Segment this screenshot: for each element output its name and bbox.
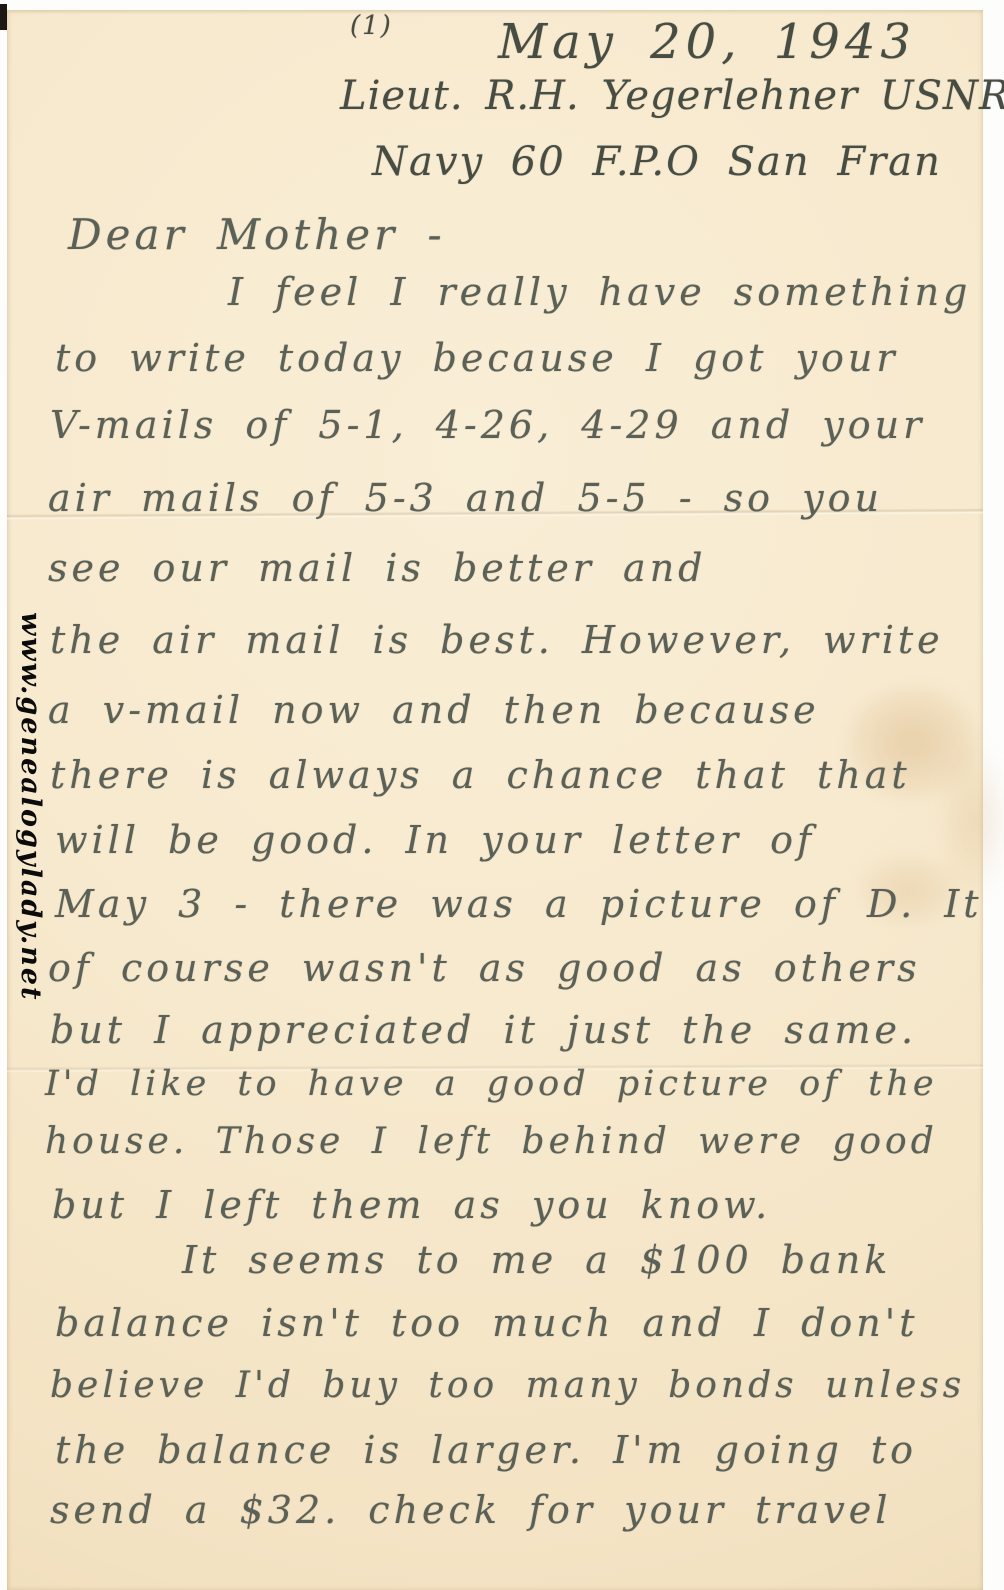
- letter-line: air mails of 5-3 and 5-5 - so you: [48, 478, 883, 520]
- letter-line: see our mail is better and: [48, 548, 707, 590]
- letter-line: send a $32. check for your travel: [50, 1490, 891, 1532]
- watermark-text: www.genealogylady.net: [15, 612, 46, 1002]
- letter-line: there is always a chance that that: [50, 755, 911, 797]
- letter-line: will be good. In your letter of: [55, 820, 815, 862]
- salutation: Dear Mother -: [68, 212, 446, 258]
- letter-line: but I appreciated it just the same.: [50, 1010, 917, 1052]
- letter-line: V-mails of 5-1, 4-26, 4-29 and your: [50, 405, 925, 447]
- letter-line: to write today because I got your: [55, 338, 899, 380]
- letter-line: of course wasn't as good as others: [48, 948, 921, 990]
- sender-line: Lieut. R.H. Yegerlehner USNR: [340, 74, 1004, 118]
- letter-line: balance isn't too much and I don't: [55, 1303, 919, 1345]
- address-line: Navy 60 F.P.O San Fran: [372, 140, 942, 184]
- letter-line: I'd like to have a good picture of the: [45, 1065, 938, 1104]
- letter-scan: (1) May 20, 1943 Lieut. R.H. Yegerlehner…: [0, 0, 1004, 1590]
- letter-line: May 3 - there was a picture of D. It: [55, 884, 983, 926]
- letter-line: the balance is larger. I'm going to: [55, 1430, 917, 1472]
- page-number: (1): [350, 12, 393, 41]
- letter-line: It seems to me a $100 bank: [182, 1240, 891, 1282]
- letter-line: believe I'd buy too many bonds unless: [50, 1366, 965, 1406]
- date-line: May 20, 1943: [498, 16, 916, 69]
- letter-line: I feel I really have something: [228, 272, 971, 314]
- scanner-edge-mark: [0, 4, 7, 30]
- letter-line: a v-mail now and then because: [48, 690, 820, 732]
- letter-line: but I left them as you know.: [52, 1185, 771, 1227]
- letter-line: house. Those I left behind were good: [45, 1122, 938, 1162]
- letter-line: the air mail is best. However, write: [50, 620, 944, 662]
